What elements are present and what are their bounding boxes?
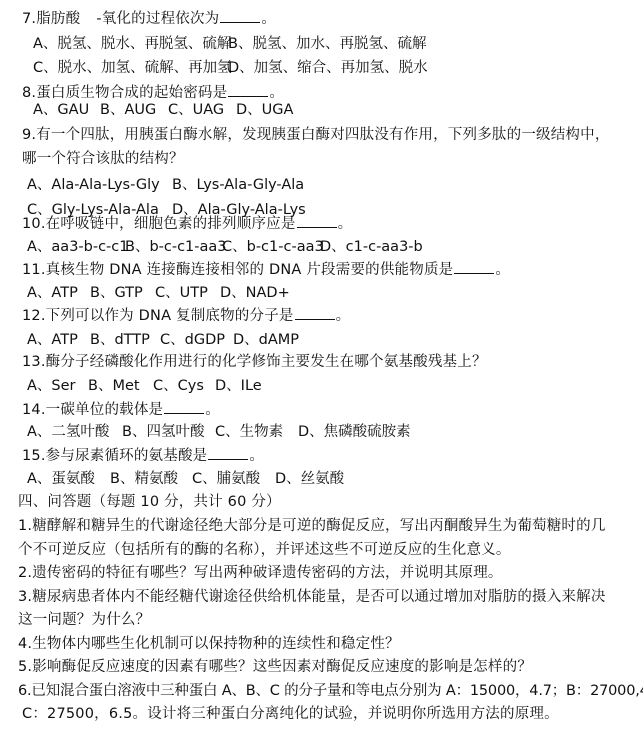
question-12-stem-text: 12.下列可以作为 DNA 复制底物的分子是	[22, 308, 294, 324]
answer-blank[interactable]	[454, 259, 494, 274]
question-12-option-d: D、dAMP	[233, 330, 299, 350]
question-10-option-c: C、b-c1-c-aa3	[222, 237, 324, 257]
exam-page: 7.脂肪酸-氧化的过程依次为。 A、脱氢、脱水、再脱氢、硫解 B、脱氢、加水、再…	[0, 0, 643, 747]
question-7-option-c: C、脱水、加氢、硫解、再加氢	[33, 58, 232, 78]
question-12-stem: 12.下列可以作为 DNA 复制底物的分子是。	[22, 305, 350, 326]
question-10-end: 。	[338, 216, 353, 232]
answer-blank[interactable]	[228, 82, 268, 97]
essay-3-line-2: 这一问题？为什么？	[18, 610, 150, 630]
essay-5-line-1: 5.影响酶促反应速度的因素有哪些？这些因素对酶促反应速度的影响是怎样的？	[18, 657, 532, 677]
question-9-option-a: A、Ala-Ala-Lys-Gly	[27, 175, 160, 195]
question-10-option-a: A、aa3-b-c-c1	[27, 237, 129, 257]
answer-blank[interactable]	[164, 399, 204, 414]
answer-blank[interactable]	[220, 8, 260, 23]
question-7-option-b: B、脱氢、加水、再脱氢、硫解	[228, 34, 426, 54]
question-10-option-d: D、c1-c-aa3-b	[320, 237, 423, 257]
question-13-option-c: C、Cys	[153, 376, 204, 396]
question-11-option-b: B、GTP	[90, 283, 143, 303]
essay-1-line-1: 1.糖酵解和糖异生的代谢途径绝大部分是可逆的酶促反应，写出丙酮酸异生为葡萄糖时的…	[18, 516, 606, 536]
essay-6-line-2: C：27500，6.5。设计将三种蛋白分离纯化的试验，并说明你所选用方法的原理。	[22, 704, 559, 724]
question-13-option-d: D、ILe	[215, 376, 262, 396]
question-14-option-a: A、二氢叶酸	[27, 422, 109, 442]
question-8-stem-text: 8.蛋白质生物合成的起始密码是	[22, 85, 227, 101]
question-12-option-c: C、dGDP	[160, 330, 225, 350]
question-8-option-c: C、UAG	[168, 100, 224, 120]
essay-2-line-1: 2.遗传密码的特征有哪些？写出两种破译遗传密码的方法，并说明其原理。	[18, 563, 503, 583]
question-7-stem: 7.脂肪酸-氧化的过程依次为。	[22, 8, 276, 29]
question-14-option-d: D、焦磷酸硫胺素	[298, 422, 411, 442]
question-8-option-b: B、AUG	[100, 100, 156, 120]
essay-6-line-1: 6.已知混合蛋白溶液中三种蛋白 A、B、C 的分子量和等电点分别为 A：1500…	[18, 681, 643, 701]
question-9-stem-line-2: 哪一个符合该肽的结构？	[22, 149, 184, 169]
question-9-stem-line-1: 9.有一个四肽，用胰蛋白酶水解，发现胰蛋白酶对四肽没有作用，下列多肽的一级结构中…	[22, 125, 610, 145]
section-4-heading: 四、问答题（每题 10 分，共计 60 分）	[18, 492, 281, 512]
question-13-option-b: B、Met	[88, 376, 140, 396]
essay-3-line-1: 3.糖尿病患者体内不能经糖代谢途径供给机体能量，是否可以通过增加对脂肪的摄入来解…	[18, 587, 606, 607]
question-15-option-d: D、丝氨酸	[275, 469, 344, 489]
question-12-option-a: A、ATP	[27, 330, 78, 350]
question-7-stem-part-a: 7.脂肪酸	[22, 11, 80, 27]
answer-blank[interactable]	[208, 445, 248, 460]
question-7-stem-part-b: -氧化的过程依次为	[96, 11, 219, 27]
essay-4-line-1: 4.生物体内哪些生化机制可以保持物种的连续性和稳定性？	[18, 634, 400, 654]
answer-blank[interactable]	[295, 305, 335, 320]
question-7-option-a: A、脱氢、脱水、再脱氢、硫解	[33, 34, 231, 54]
question-8-option-d: D、UGA	[236, 100, 293, 120]
question-11-option-d: D、NAD+	[220, 283, 290, 303]
question-15-option-a: A、蛋氨酸	[27, 469, 95, 489]
question-11-stem-text: 11.真核生物 DNA 连接酶连接相邻的 DNA 片段需要的供能物质是	[22, 262, 453, 278]
question-11-end: 。	[495, 262, 510, 278]
question-13-option-a: A、Ser	[27, 376, 76, 396]
question-14-option-b: B、四氢叶酸	[122, 422, 204, 442]
question-14-option-c: C、生物素	[215, 422, 283, 442]
question-7-end: 。	[261, 11, 276, 27]
question-12-option-b: B、dTTP	[90, 330, 150, 350]
question-15-option-b: B、精氨酸	[110, 469, 178, 489]
question-7-option-d: D、加氢、缩合、再加氢、脱水	[228, 58, 428, 78]
question-15-stem-text: 15.参与尿素循环的氨基酸是	[22, 448, 207, 464]
question-9-option-b: B、Lys-Ala-Gly-Ala	[172, 175, 304, 195]
question-15-stem: 15.参与尿素循环的氨基酸是。	[22, 445, 264, 466]
question-15-option-c: C、脯氨酸	[192, 469, 260, 489]
question-14-stem: 14.一碳单位的载体是。	[22, 399, 220, 420]
question-13-stem: 13.酶分子经磷酸化作用进行的化学修饰主要发生在哪个氨基酸残基上？	[22, 352, 487, 372]
question-10-option-b: B、b-c-c1-aa3	[125, 237, 227, 257]
question-14-end: 。	[205, 402, 220, 418]
question-10-stem-text: 10.在呼吸链中，细胞色素的排列顺序应是	[22, 216, 296, 232]
question-14-stem-text: 14.一碳单位的载体是	[22, 402, 163, 418]
essay-1-line-2: 个不可逆反应（包括所有的酶的名称），并评述这些不可逆反应的生化意义。	[18, 540, 511, 560]
question-10-stem: 10.在呼吸链中，细胞色素的排列顺序应是。	[22, 213, 352, 234]
question-11-option-a: A、ATP	[27, 283, 78, 303]
question-15-end: 。	[249, 448, 264, 464]
question-11-option-c: C、UTP	[155, 283, 208, 303]
question-11-stem: 11.真核生物 DNA 连接酶连接相邻的 DNA 片段需要的供能物质是。	[22, 259, 510, 280]
answer-blank[interactable]	[297, 213, 337, 228]
question-8-end: 。	[269, 85, 284, 101]
question-12-end: 。	[336, 308, 351, 324]
question-8-option-a: A、GAU	[33, 100, 89, 120]
